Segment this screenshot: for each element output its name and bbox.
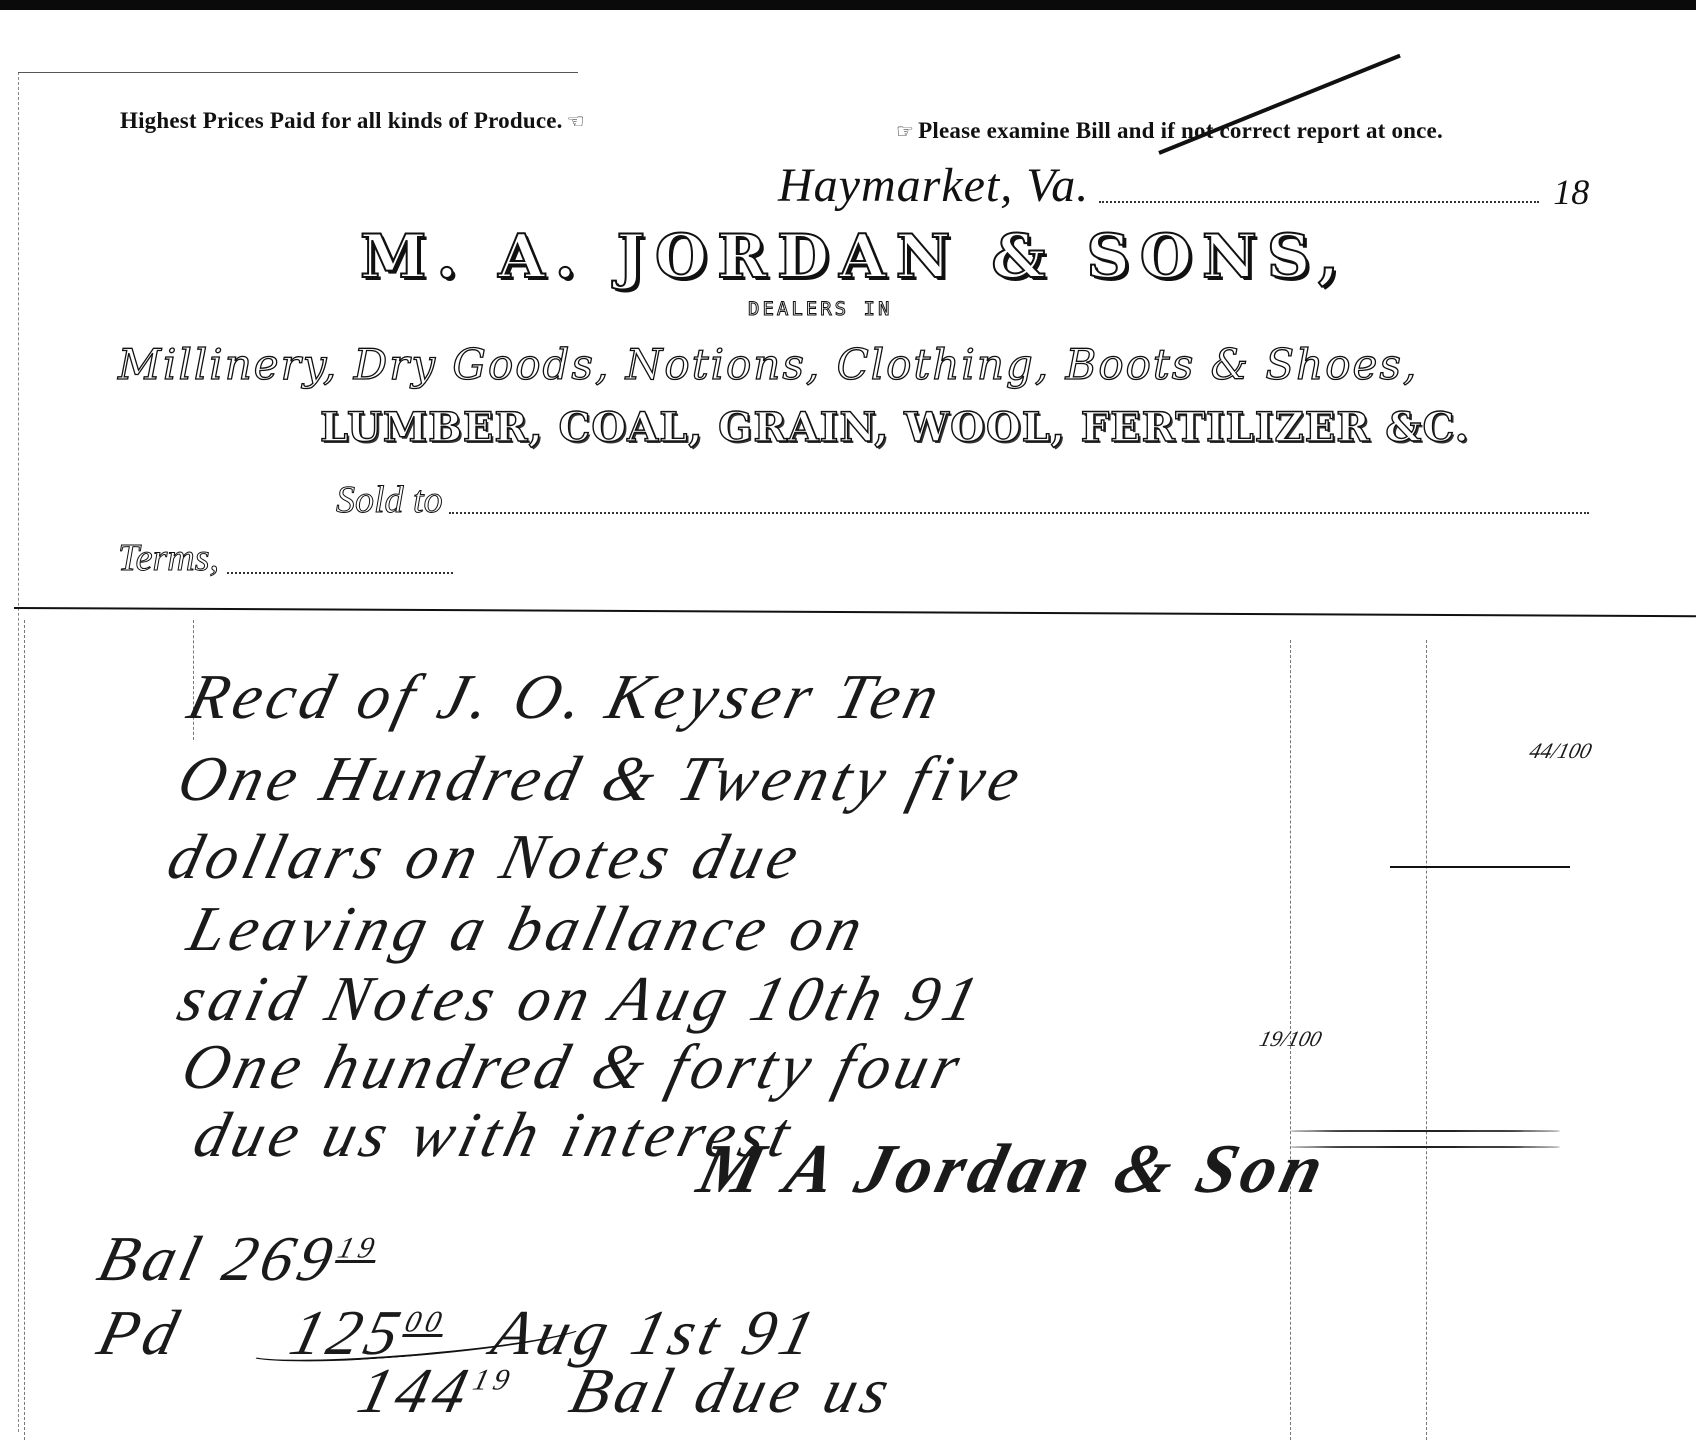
sold-to-label: Sold to	[336, 478, 443, 522]
place-name: Haymarket, Va.	[778, 158, 1089, 213]
pointing-hand-icon: ☞	[896, 119, 914, 144]
balance-amount: 269	[216, 1223, 345, 1294]
pointing-hand-icon: ☜	[567, 109, 585, 134]
handwritten-line: One hundred & forty four	[175, 1030, 972, 1104]
remaining-row: 14419 Bal due us	[351, 1354, 902, 1428]
commodities-list: LUMBER, COAL, GRAIN, WOOL, FERTILIZER &C…	[320, 404, 1470, 451]
remaining-cents: 19	[470, 1364, 518, 1397]
date-field	[1099, 201, 1539, 203]
examine-bill-text: Please examine Bill and if not correct r…	[918, 118, 1443, 143]
sold-to-line	[449, 512, 1589, 514]
amount-fraction: 44/100	[1527, 738, 1595, 764]
balance-label: Bal	[91, 1223, 213, 1294]
place-date-line: Haymarket, Va. 18	[778, 158, 1589, 213]
balance-cents: 19	[334, 1232, 382, 1265]
page-edge-left	[18, 72, 20, 1432]
remaining-amount: 144	[351, 1355, 480, 1426]
remaining-note: Bal due us	[563, 1355, 901, 1426]
paid-label: Pd	[91, 1297, 190, 1368]
handwritten-line: dollars on Notes due	[161, 820, 811, 894]
signature: M A Jordan & Son	[690, 1130, 1336, 1210]
page-edge-top	[18, 72, 578, 73]
goods-list: Millinery, Dry Goods, Notions, Clothing,…	[118, 340, 1418, 389]
amount-fraction: 19/100	[1257, 1026, 1325, 1052]
handwritten-line: Leaving a ballance on	[181, 892, 875, 966]
ledger-rule	[1426, 640, 1427, 1440]
pen-flourish	[1390, 866, 1570, 868]
sold-to-field: Sold to	[336, 478, 1589, 522]
dealers-in-label: DEALERS IN	[748, 298, 892, 320]
header-divider	[14, 607, 1696, 617]
terms-field: Terms,	[118, 536, 453, 580]
handwritten-line: One Hundred & Twenty five	[171, 742, 1033, 816]
produce-notice-text: Highest Prices Paid for all kinds of Pro…	[120, 108, 563, 133]
produce-notice: Highest Prices Paid for all kinds of Pro…	[120, 108, 589, 134]
handwritten-line: Recd of J. O. Keyser Ten	[181, 660, 952, 734]
examine-bill-notice: ☞Please examine Bill and if not correct …	[892, 118, 1443, 144]
firm-name: M. A. JORDAN & SONS,	[360, 222, 1349, 292]
terms-line	[227, 572, 453, 574]
ledger-rule	[24, 620, 25, 1440]
scan-top-border	[0, 0, 1696, 10]
balance-row: Bal 26919	[91, 1222, 385, 1296]
date-year-prefix: 18	[1553, 171, 1589, 213]
terms-label: Terms,	[118, 536, 219, 580]
handwritten-line: said Notes on Aug 10th 91	[171, 962, 991, 1036]
